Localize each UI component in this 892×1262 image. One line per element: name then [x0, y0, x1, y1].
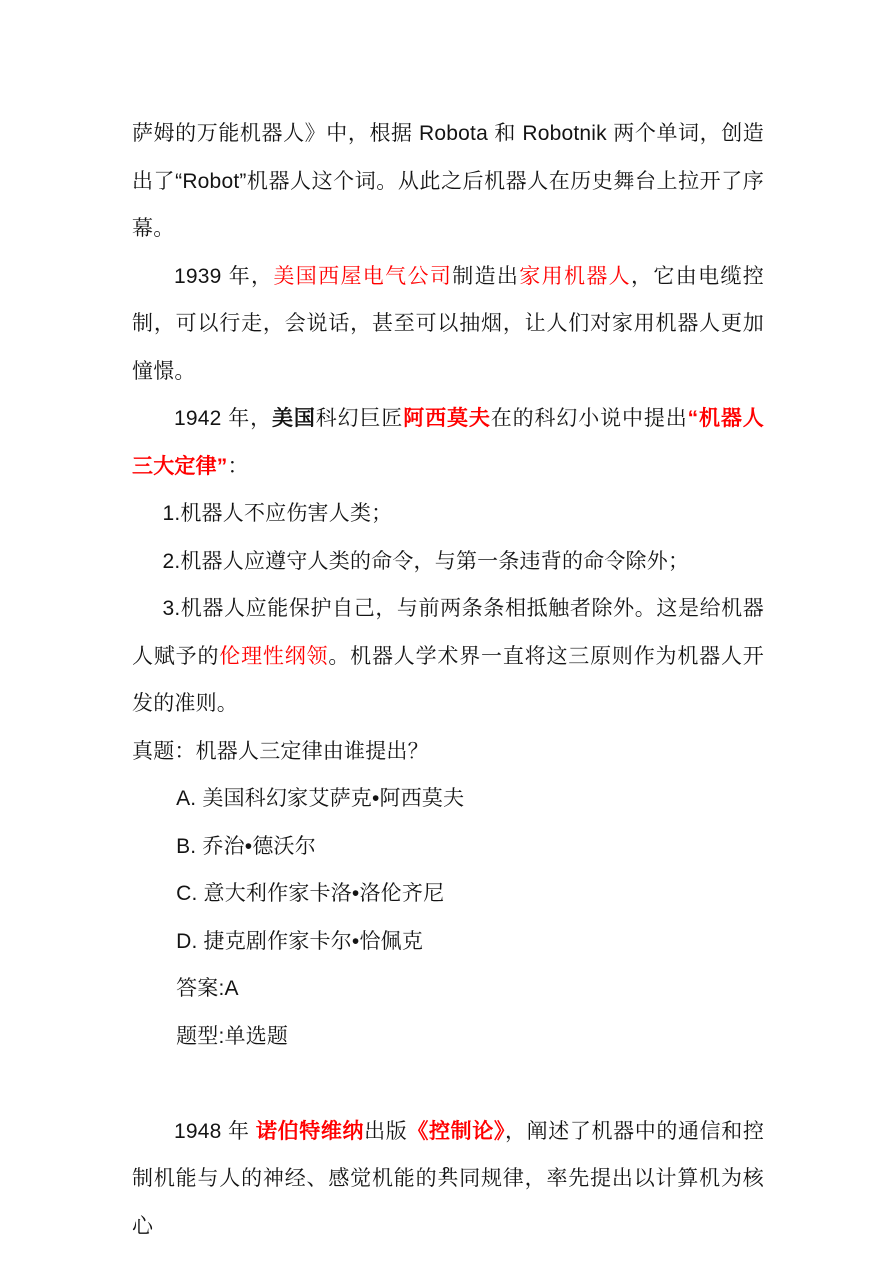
- exam-question-text: 真题：机器人三定律由谁提出？: [132, 740, 429, 763]
- exam-question: 真题：机器人三定律由谁提出？: [132, 728, 764, 776]
- law-item-3-and-ethics: 3.机器人应能保护自己，与前两条条相抵触者除外。这是给机器人赋予的伦理性纲领。机…: [132, 585, 764, 728]
- answer: 答案:A: [132, 965, 764, 1013]
- paragraph-robot-word-origin: 萨姆的万能机器人》中，根据 Robota 和 Robotnik 两个单词，创造出…: [132, 110, 764, 253]
- text-run: ：: [228, 455, 249, 478]
- option-b: B. 乔治•德沃尔: [132, 823, 764, 871]
- option-a: A. 美国科幻家艾萨克•阿西莫夫: [132, 775, 764, 823]
- text-run: 科幻巨匠: [316, 407, 404, 430]
- text-run: 出版: [364, 1120, 407, 1143]
- highlight-usa: 美国: [272, 407, 316, 430]
- option-d-text: D. 捷克剧作家卡尔•恰佩克: [176, 930, 423, 953]
- answer-text: 答案:A: [176, 977, 239, 1000]
- option-b-text: B. 乔治•德沃尔: [176, 835, 316, 858]
- text-run: 萨姆的万能机器人》中，根据 Robota 和 Robotnik 两个单词，创造出…: [132, 122, 764, 240]
- text-run: 在的科幻小说中提出: [491, 407, 688, 430]
- text-run: 1.机器人不应伤害人类；: [162, 502, 392, 525]
- paragraph-1939-westinghouse: 1939 年，美国西屋电气公司制造出家用机器人，它由电缆控制，可以行走，会说话，…: [132, 253, 764, 396]
- law-item-1: 1.机器人不应伤害人类；: [132, 490, 764, 538]
- text-run: 1939 年，: [174, 265, 273, 288]
- highlight-asimov: 阿西莫夫: [403, 407, 491, 430]
- option-a-text: A. 美国科幻家艾萨克•阿西莫夫: [176, 787, 464, 810]
- question-type-text: 题型:单选题: [176, 1025, 288, 1048]
- option-c: C. 意大利作家卡洛•洛伦齐尼: [132, 870, 764, 918]
- highlight-norbert-wiener: 诺伯特维纳: [256, 1120, 364, 1143]
- option-d: D. 捷克剧作家卡尔•恰佩克: [132, 918, 764, 966]
- text-run: 1942 年，: [174, 407, 272, 430]
- page-number: 2: [0, 1161, 892, 1185]
- highlight-westinghouse: 美国西屋电气公司: [273, 265, 452, 288]
- question-type: 题型:单选题: [132, 1013, 764, 1061]
- text-run: 2.机器人应遵守人类的命令，与第一条违背的命令除外；: [162, 550, 689, 573]
- document-page: 萨姆的万能机器人》中，根据 Robota 和 Robotnik 两个单词，创造出…: [0, 0, 892, 1262]
- text-run: 制造出: [452, 265, 519, 288]
- highlight-cybernetics-book: 《控制论》: [407, 1120, 505, 1143]
- law-item-2: 2.机器人应遵守人类的命令，与第一条违背的命令除外；: [132, 538, 764, 586]
- blank-line: [132, 1060, 764, 1108]
- paragraph-1942-asimov: 1942 年，美国科幻巨匠阿西莫夫在的科幻小说中提出“机器人三大定律”：: [132, 395, 764, 490]
- highlight-home-robot: 家用机器人: [519, 265, 631, 288]
- document-body: 萨姆的万能机器人》中，根据 Robota 和 Robotnik 两个单词，创造出…: [132, 110, 764, 1250]
- option-c-text: C. 意大利作家卡洛•洛伦齐尼: [176, 882, 444, 905]
- text-run: 1948 年: [174, 1120, 256, 1143]
- highlight-ethical-program: 伦理性纲领: [219, 645, 328, 668]
